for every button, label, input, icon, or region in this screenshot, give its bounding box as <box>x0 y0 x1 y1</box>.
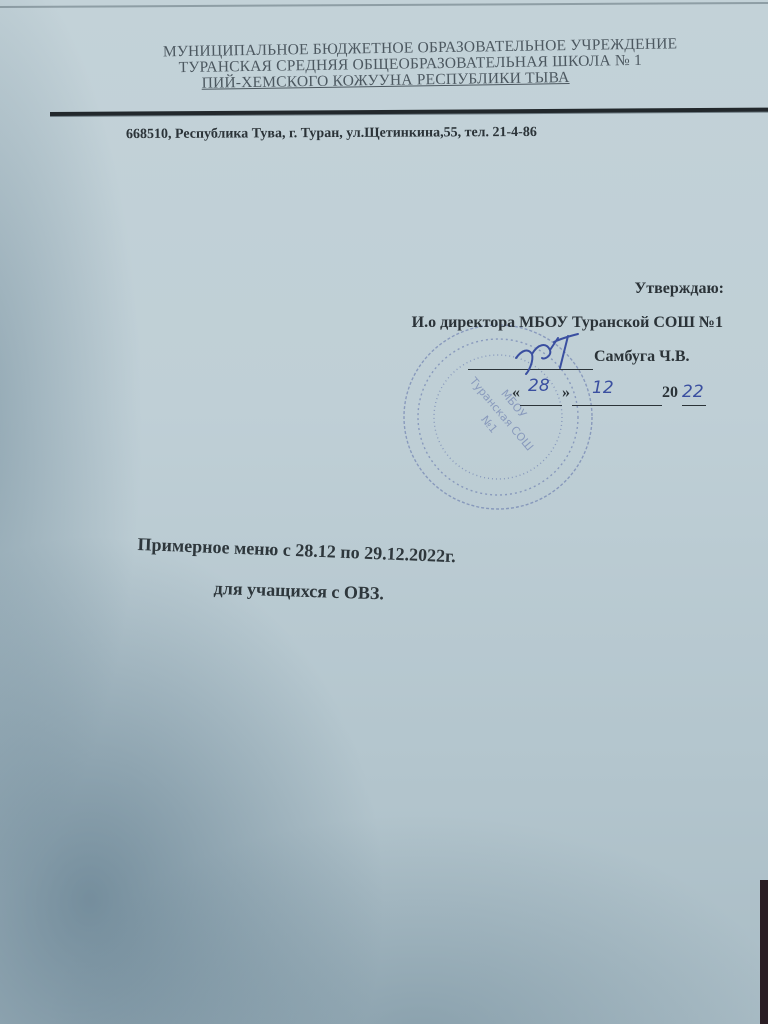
document-paper <box>0 0 768 1024</box>
date-year-suffix: 22 <box>682 382 704 402</box>
approval-heading: Утверждаю: <box>635 280 725 298</box>
background-edge <box>760 880 768 1024</box>
signature-row: Самбуга Ч.В. <box>468 346 728 372</box>
date-quote-open: « <box>512 384 520 402</box>
approval-date: « 28 » 12 20 22 <box>512 384 742 408</box>
handwritten-signature-icon <box>498 328 598 376</box>
letterhead: МУНИЦИПАЛЬНОЕ БЮДЖЕТНОЕ ОБРАЗОВАТЕЛЬНОЕ … <box>60 36 701 94</box>
year-underline <box>682 405 706 406</box>
day-underline <box>520 405 562 406</box>
org-address: 668510, Республика Тува, г. Туран, ул.Ще… <box>126 125 537 143</box>
date-month: 12 <box>592 378 614 398</box>
date-year-prefix: 20 <box>662 384 678 402</box>
month-underline <box>572 405 662 406</box>
signer-name: Самбуга Ч.В. <box>594 348 690 366</box>
date-day: 28 <box>528 376 550 396</box>
date-quote-close: » <box>562 384 570 402</box>
